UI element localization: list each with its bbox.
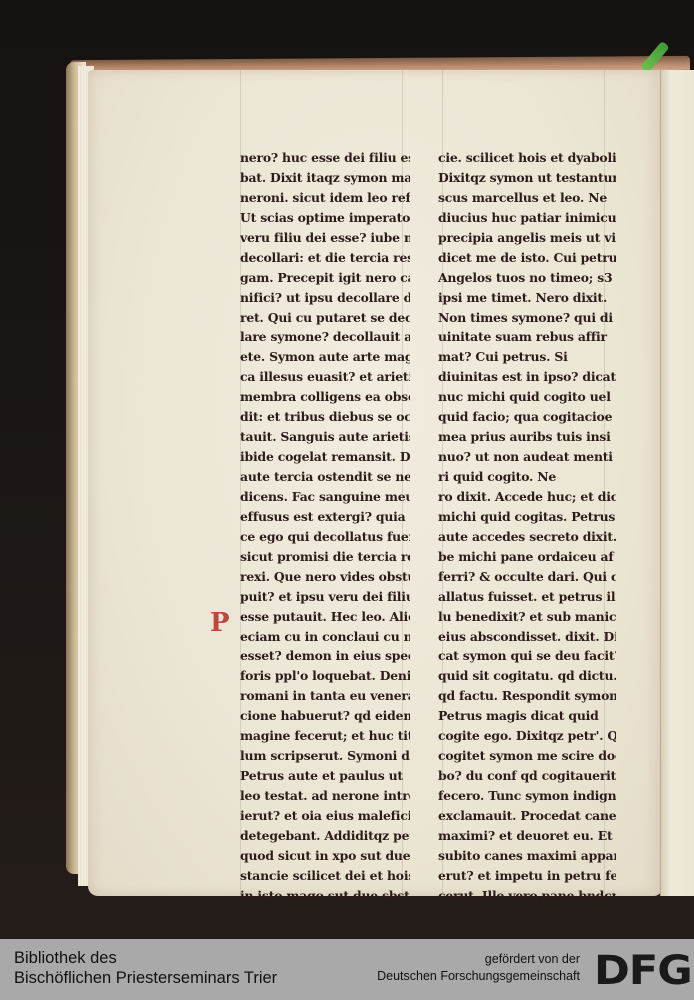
text-line: neroni. sicut idem leo refert.: [240, 188, 410, 208]
text-line: scus marcellus et leo. Ne: [438, 188, 616, 208]
text-line: dicens. Fac sanguine meu qui: [240, 487, 410, 507]
text-line: ete. Symon aute arte magi: [240, 347, 410, 367]
text-line: ri quid cogito. Ne: [438, 467, 616, 487]
text-line: be michi pane ordaiceu af: [438, 547, 616, 567]
text-line: fecero. Tunc symon indignat': [438, 786, 616, 806]
text-line: exclamauit. Procedat canes: [438, 806, 616, 826]
text-line: quod sicut in xpo sut due sb: [240, 846, 410, 866]
dfg-logo: DFG: [594, 954, 692, 988]
text-line: lu benedixit? et sub manica: [438, 607, 616, 627]
text-line: uinitate suam rebus affir: [438, 327, 616, 347]
text-line: cogite ego. Dixitqz petr'. Qd: [438, 726, 616, 746]
text-line: maximi? et deuoret eu. Et: [438, 826, 616, 846]
text-line: ro dixit. Accede huc; et dic: [438, 487, 616, 507]
funding-line1: gefördert von der: [377, 951, 580, 968]
text-line: gam. Precepit igit nero car: [240, 268, 410, 288]
text-line: Dixitqz symon ut testantur: [438, 168, 616, 188]
text-line: leo testat. ad nerone intro: [240, 786, 410, 806]
text-line: effusus est extergi? quia ec: [240, 507, 410, 527]
text-line: aute accedes secreto dixit. Ju: [438, 527, 616, 547]
text-line: mat? Cui petrus. Si: [438, 347, 616, 367]
text-line: Petrus aute et paulus ut: [240, 766, 410, 786]
text-line: Ut scias optime imperator me: [240, 208, 410, 228]
text-line: foris ppl'o loquebat. Deniqz: [240, 666, 410, 686]
text-line: puit? et ipsu veru dei filiu: [240, 587, 410, 607]
library-name-line2: Bischöflichen Priesterseminars Trier: [14, 968, 277, 988]
funding-line2: Deutschen Forschungsgemeinschaft: [377, 968, 580, 985]
text-line: dit: et tribus diebus se occul: [240, 407, 410, 427]
text-line: eius abscondisset. dixit. Di: [438, 627, 616, 647]
text-column-right: cie. scilicet hois et dyaboli. Dixitqz s…: [438, 148, 616, 906]
text-line: detegebant. Addiditqz petr': [240, 826, 410, 846]
text-line: nuo? ut non audeat menti: [438, 447, 616, 467]
text-line: nero? huc esse dei filiu estima: [240, 148, 410, 168]
text-line: cogitet symon me scire doce: [438, 746, 616, 766]
text-line: qd factu. Respondit symon.: [438, 686, 616, 706]
text-line: romani in tanta eu venera: [240, 686, 410, 706]
text-line: quid sit cogitatu. qd dictu.: [438, 666, 616, 686]
text-line: ipsi me timet. Nero dixit.: [438, 288, 616, 308]
text-line: esse putauit. Hec leo. Aliqn: [240, 607, 410, 627]
text-line: eciam cu in conclaui cu nerone: [240, 627, 410, 647]
text-line: ca illesus euasit? et arietis: [240, 367, 410, 387]
text-line: ierut? et oia eius maleficia: [240, 806, 410, 826]
text-line: in isto mago sut due sbstan: [240, 886, 410, 906]
text-line: bat. Dixit itaqz symon mag: [240, 168, 410, 188]
text-line: subito canes maximi appari: [438, 846, 616, 866]
text-line: nifici? ut ipsu decollare debe: [240, 288, 410, 308]
facing-page-edge: [660, 70, 694, 896]
text-line: aute tercia ostendit se neroni: [240, 467, 410, 487]
text-line: cie. scilicet hois et dyaboli.: [438, 148, 616, 168]
funding-credit: gefördert von der Deutschen Forschungsge…: [377, 951, 580, 985]
text-line: diucius huc patiar inimicu;: [438, 208, 616, 228]
text-line: diuinitas est in ipso? dicat: [438, 367, 616, 387]
footer-banner: Bibliothek des Bischöflichen Priestersem…: [0, 937, 694, 1000]
text-line: erut? et impetu in petru fe: [438, 866, 616, 886]
text-line: cerut. Ille vero pane bndcm: [438, 886, 616, 906]
text-line: nuc michi quid cogito uel: [438, 387, 616, 407]
text-line: ibide cogelat remansit. Die: [240, 447, 410, 467]
text-line: rexi. Que nero vides obstu: [240, 567, 410, 587]
text-line: bo? du conf qd cogitauerit: [438, 766, 616, 786]
text-line: Non times symone? qui di: [438, 308, 616, 328]
library-credit: Bibliothek des Bischöflichen Priestersem…: [14, 948, 277, 988]
text-line: sicut promisi die tercia resur: [240, 547, 410, 567]
text-line: Petrus magis dicat quid: [438, 706, 616, 726]
text-line: ferri? & occulte dari. Qui cu: [438, 567, 616, 587]
text-line: membra colligens ea obscon: [240, 387, 410, 407]
text-line: precipia angelis meis ut vi: [438, 228, 616, 248]
text-line: allatus fuisset. et petrus il: [438, 587, 616, 607]
text-line: lum scripserut. Symoni deo sco.: [240, 746, 410, 766]
text-line: decollari: et die tercia resur: [240, 248, 410, 268]
manuscript-scan: P nero? huc esse dei filiu estima bat. D…: [0, 0, 694, 937]
text-line: esset? demon in eius specie: [240, 646, 410, 666]
library-name-line1: Bibliothek des: [14, 948, 277, 968]
text-line: magine fecerut; et huc titu: [240, 726, 410, 746]
rubric-initial: P: [210, 608, 230, 638]
text-line: stancie scilicet dei et hois: sic: [240, 866, 410, 886]
text-line: michi quid cogitas. Petrus: [438, 507, 616, 527]
text-line: tauit. Sanguis aute arietis: [240, 427, 410, 447]
text-line: lare symone? decollauit ari: [240, 327, 410, 347]
text-line: Angelos tuos no timeo; s3: [438, 268, 616, 288]
text-line: dicet me de isto. Cui petrus.: [438, 248, 616, 268]
text-line: veru filiu dei esse? iube me: [240, 228, 410, 248]
text-column-left: nero? huc esse dei filiu estima bat. Dix…: [240, 148, 410, 906]
text-line: cat symon qui se deu facit?: [438, 646, 616, 666]
text-line: cione habuerut? qd eidem y: [240, 706, 410, 726]
text-line: ret. Qui cu putaret se decol: [240, 308, 410, 328]
text-line: ce ego qui decollatus fueri.: [240, 527, 410, 547]
text-line: mea prius auribs tuis insi: [438, 427, 616, 447]
text-line: quid facio; qua cogitacioe: [438, 407, 616, 427]
